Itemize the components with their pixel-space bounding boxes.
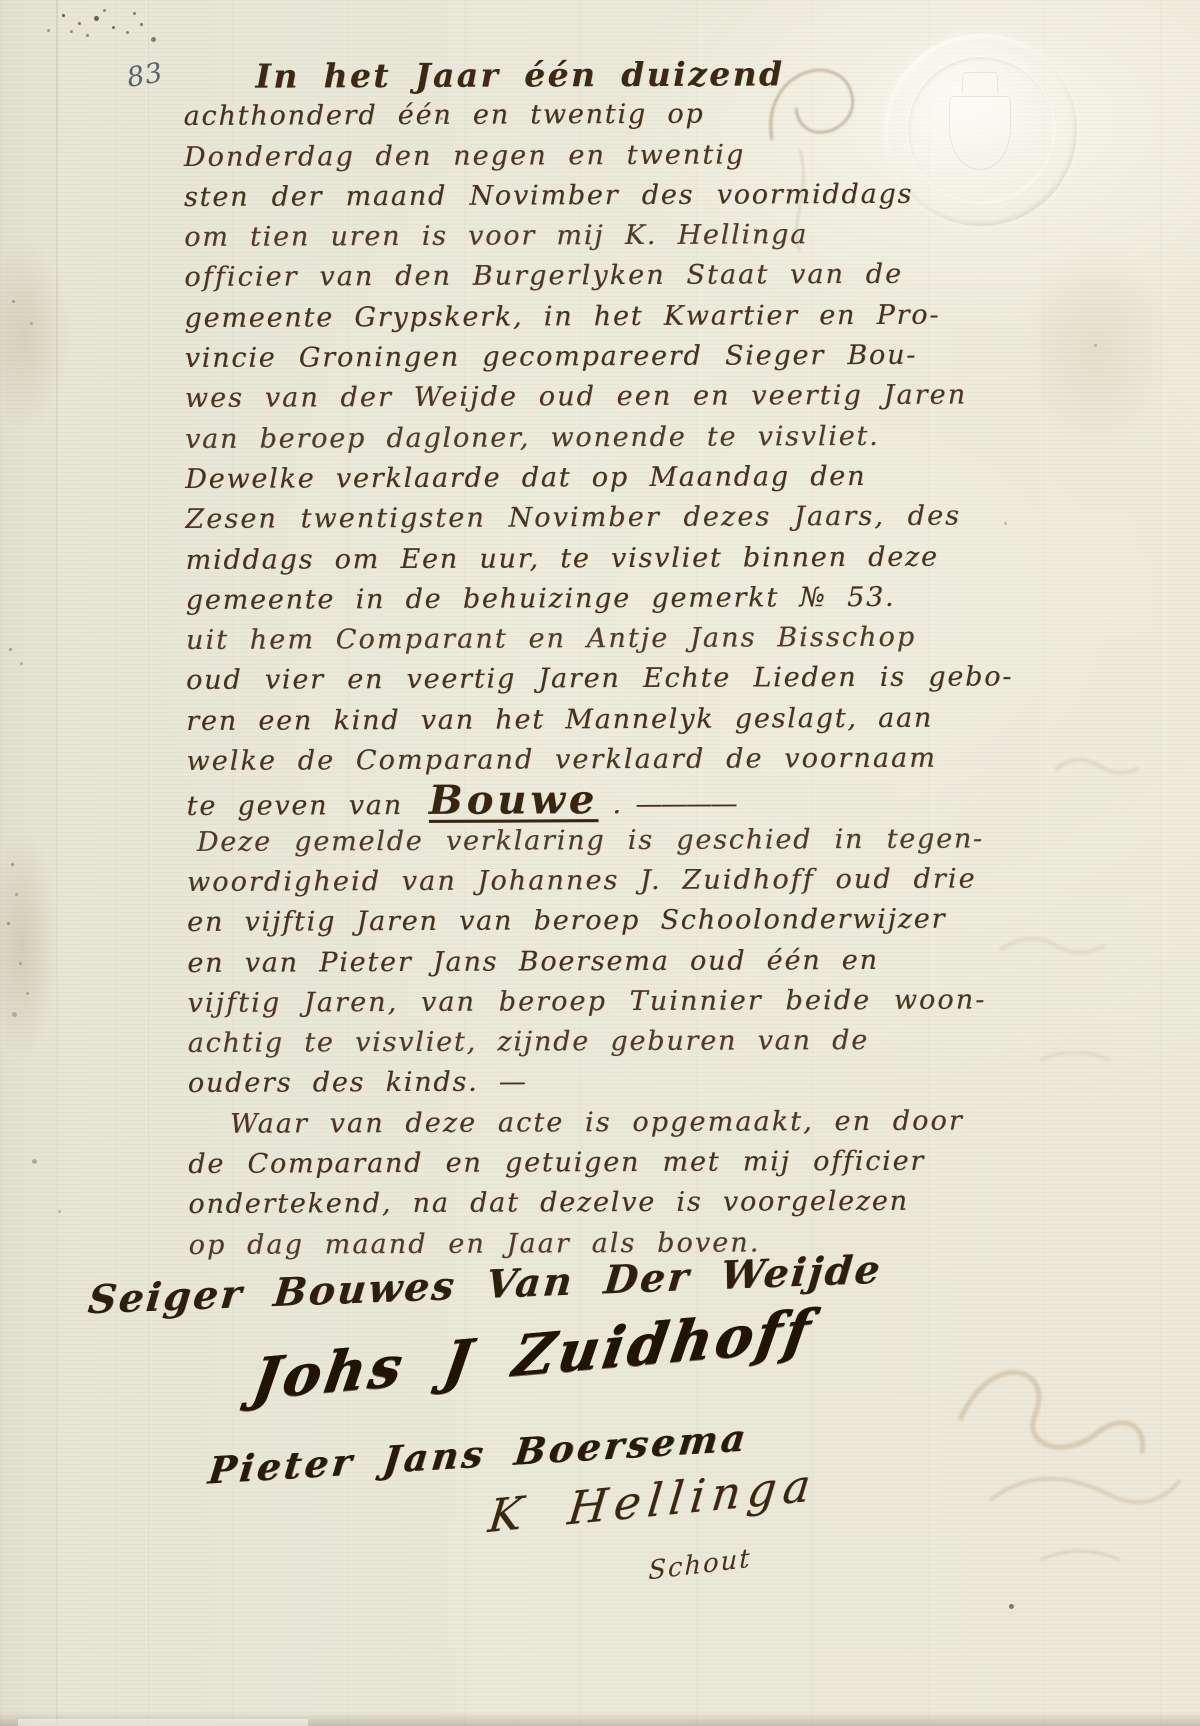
officer-title: Schout xyxy=(648,1544,752,1587)
document-line: uit hem Comparant en Antje Jans Bisschop xyxy=(186,617,1091,661)
document-line: In het Jaar één duizend xyxy=(183,53,1088,97)
paper-stain xyxy=(0,240,70,430)
ink-speckles xyxy=(0,0,3,3)
document-line: achthonderd één en twentig op xyxy=(184,93,1089,137)
document-line: vincie Groningen gecompareerd Sieger Bou… xyxy=(185,335,1090,379)
document-line: Waar van deze acte is opgemaakt, en door xyxy=(188,1101,1093,1145)
document-line: van beroep dagloner, wonende te visvliet… xyxy=(185,416,1090,460)
document-line: de Comparand en getuigen met mij officie… xyxy=(188,1141,1093,1185)
document-line: vijftig Jaren, van beroep Tuinnier beide… xyxy=(187,980,1092,1024)
document-line: welke de Comparand verklaard de voornaam xyxy=(186,738,1091,782)
document-line: wes van der Weijde oud een en veertig Ja… xyxy=(185,375,1090,419)
child-name: Bouwe xyxy=(429,777,599,825)
document-line: Zesen twentigsten Novimber dezes Jaars, … xyxy=(185,496,1090,540)
document-line: gemeente Grypskerk, in het Kwartier en P… xyxy=(184,295,1089,339)
document-line: woordigheid van Johannes J. Zuidhoff oud… xyxy=(187,859,1092,903)
child-name-line: te geven vanBouwe. ———— xyxy=(187,778,1092,822)
document-line: achtig te visvliet, zijnde geburen van d… xyxy=(188,1020,1093,1064)
scanned-birth-record-page: { "colors": { "paper": "#eae8d9", "ink":… xyxy=(0,0,1200,1726)
document-line: oud vier en veertig Jaren Echte Lieden i… xyxy=(186,657,1091,701)
document-line: en van Pieter Jans Boersema oud één en xyxy=(187,940,1092,984)
document-line: om tien uren is voor mij K. Hellinga xyxy=(184,214,1089,258)
document-line: ren een kind van het Mannelyk geslagt, a… xyxy=(186,698,1091,742)
signature-witness-zuidhoff: Johs J Zuidhoff xyxy=(248,1297,818,1413)
scan-edge-highlight xyxy=(18,1719,308,1726)
document-line: ondertekend, na dat dezelve is voorgelez… xyxy=(188,1181,1093,1225)
document-line: Deze gemelde verklaring is geschied in t… xyxy=(187,819,1092,863)
document-line: Dewelke verklaarde dat op Maandag den xyxy=(185,456,1090,500)
name-line-suffix: . ———— xyxy=(612,789,735,821)
document-line: Donderdag den negen en twentig xyxy=(184,134,1089,178)
name-line-prefix: te geven van xyxy=(187,790,403,822)
document-line: gemeente in de behuizinge gemerkt № 53. xyxy=(186,577,1091,621)
document-line: sten der maand Novimber des voormiddags xyxy=(184,174,1089,218)
act-body-text: In het Jaar één duizend achthonderd één … xyxy=(183,53,1093,1266)
fold-crease xyxy=(148,0,149,1726)
document-line: officier van den Burgerlyken Staat van d… xyxy=(184,255,1089,299)
paper-stain xyxy=(0,830,60,1060)
document-line: en vijftig Jaren van beroep Schoolonderw… xyxy=(187,899,1092,943)
page-number: 83 xyxy=(125,57,166,94)
document-line: ouders des kinds. — xyxy=(188,1060,1093,1104)
document-line: middags om Een uur, te visvliet binnen d… xyxy=(185,537,1090,581)
